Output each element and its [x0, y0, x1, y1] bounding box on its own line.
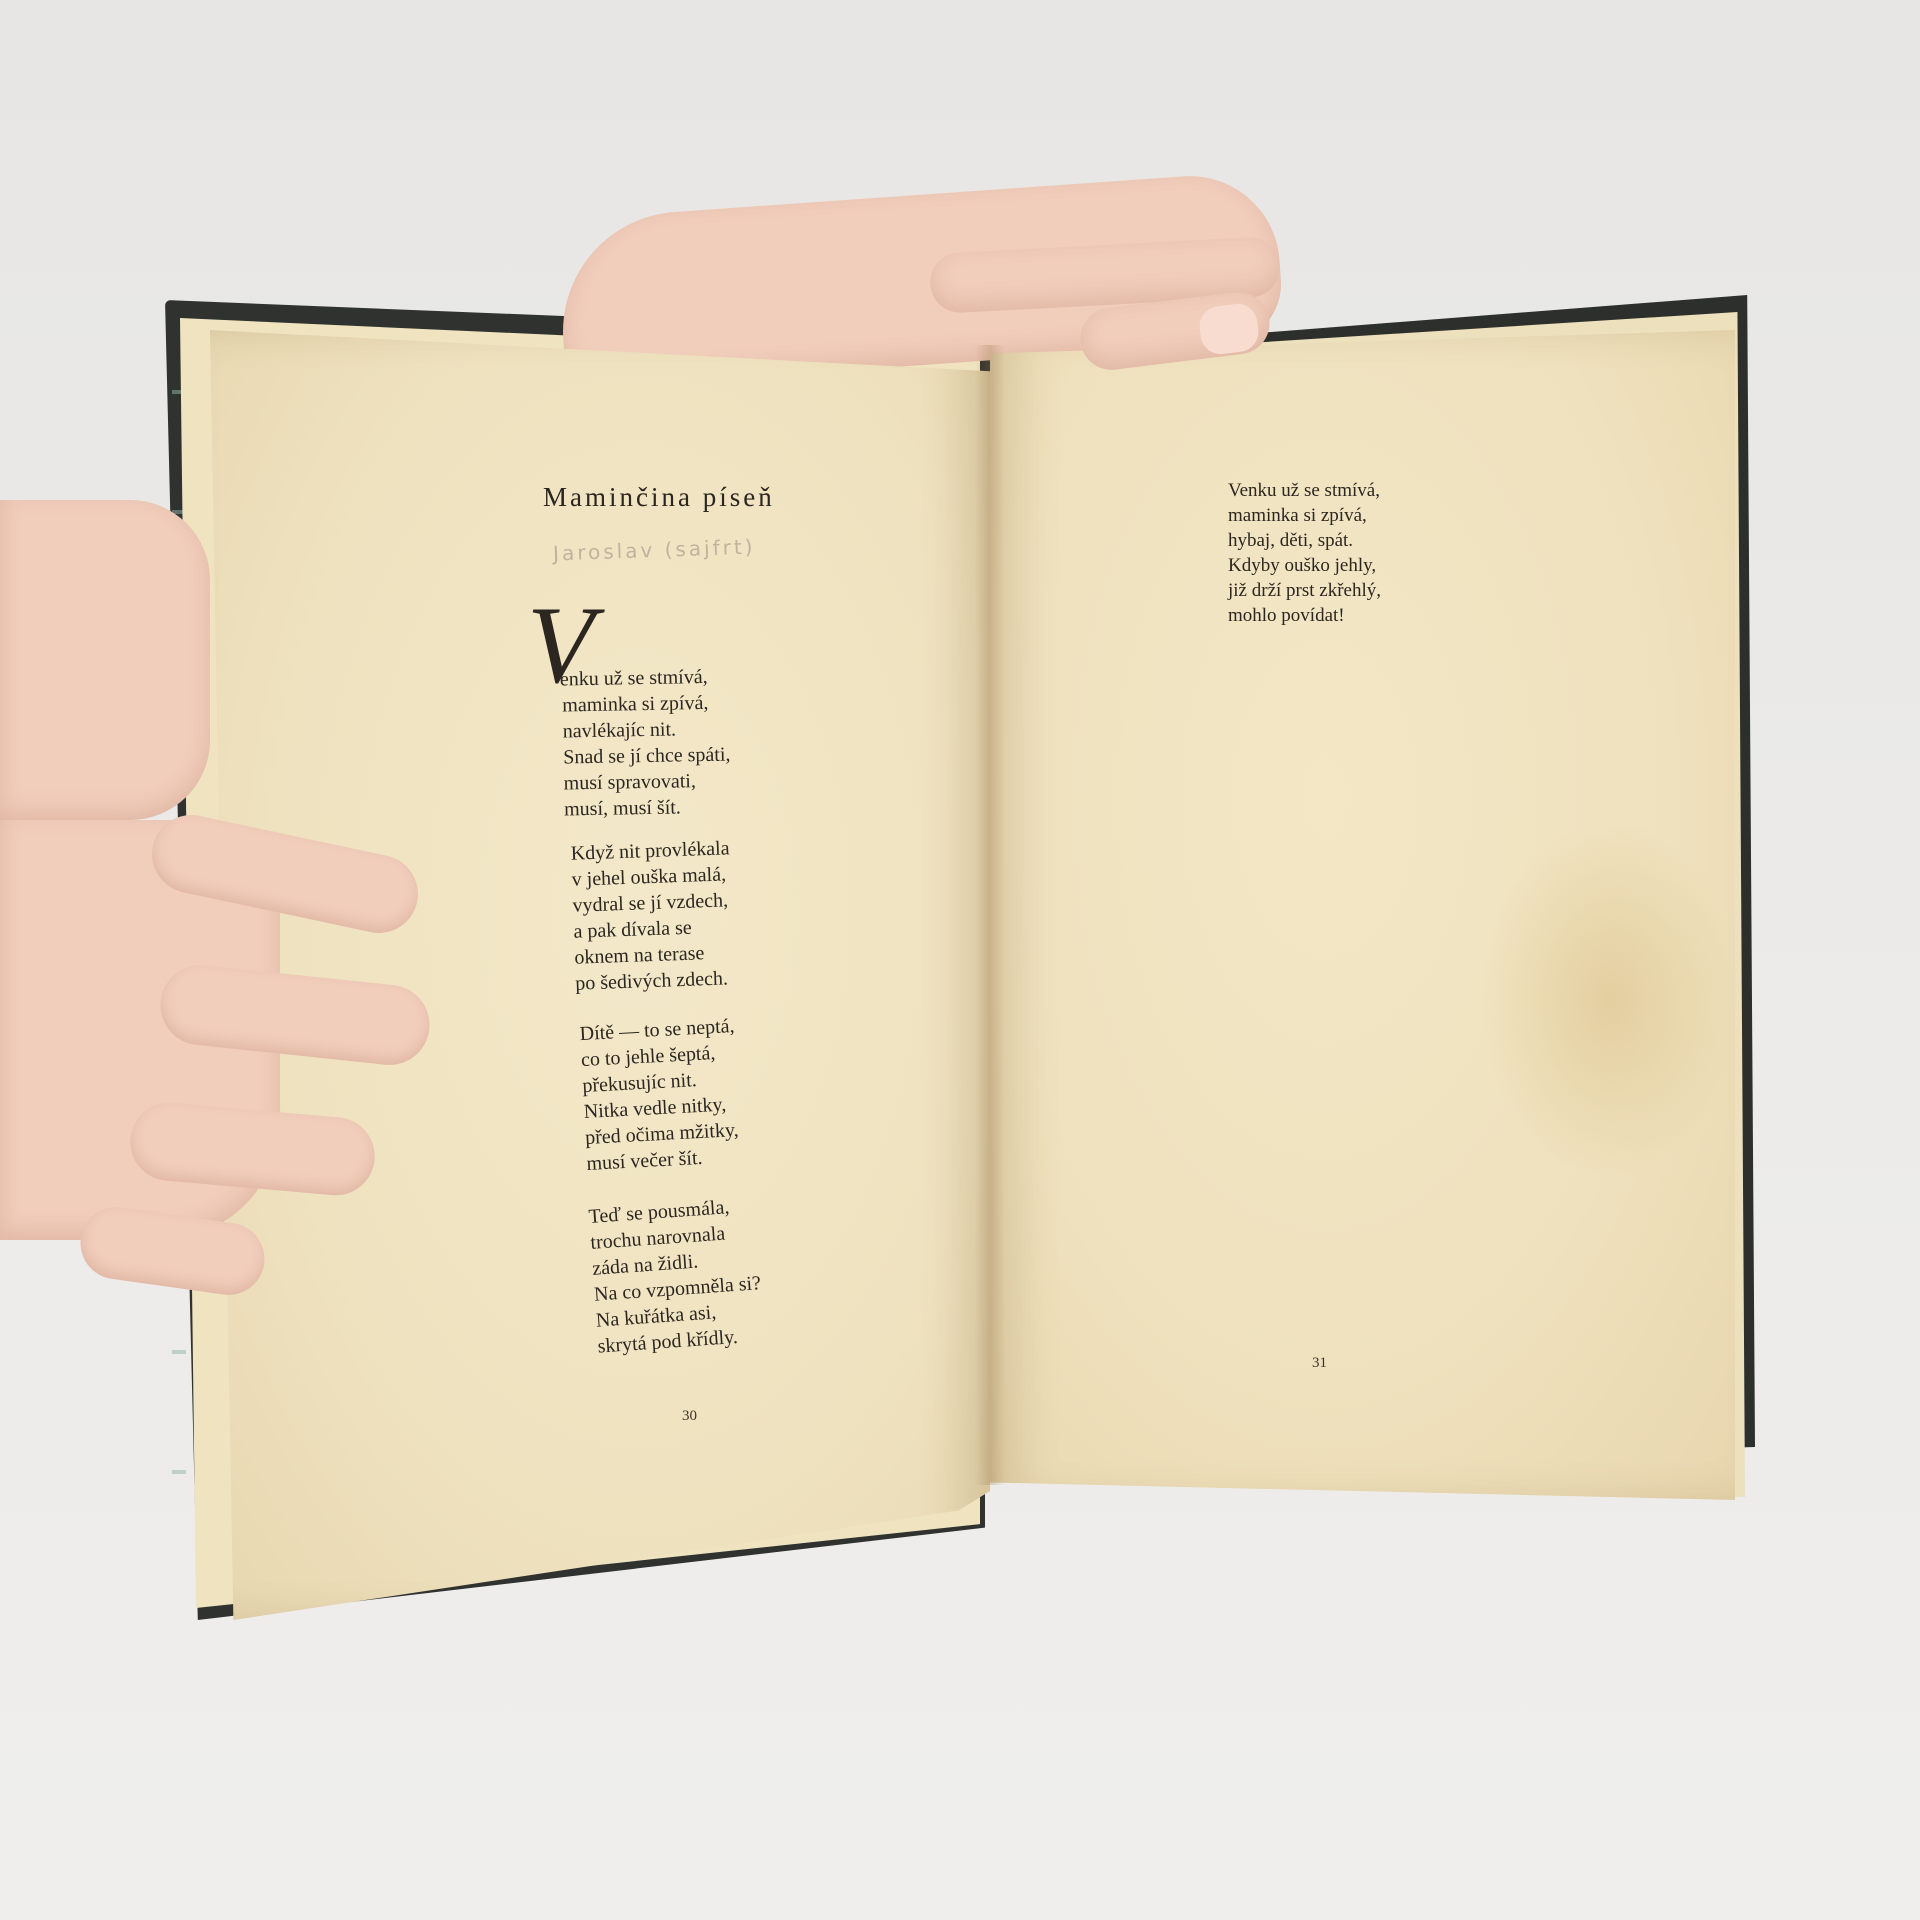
verse-line: vydral se jí vzdech,	[572, 887, 732, 919]
page-number-left: 30	[682, 1408, 697, 1425]
stanza-3: Dítě — to se neptá, co to jehle šeptá, p…	[579, 1013, 742, 1177]
verse-line: po šedivých zdech.	[575, 965, 735, 997]
left-hand-wrist	[0, 500, 210, 820]
stanza-2: Když nit provlékala v jehel ouška malá, …	[570, 835, 734, 996]
verse-line: musí spravovati,	[563, 768, 731, 797]
page-number-right: 31	[1312, 1355, 1327, 1372]
verse-line: enku už se stmívá,	[560, 664, 730, 693]
verse-line: Snad se jí chce spáti,	[563, 742, 731, 771]
verse-line: mohlo povídat!	[1228, 603, 1381, 628]
verse-line: již drží prst zkřehlý,	[1228, 578, 1381, 603]
stanza-right: Venku už se stmívá, maminka si zpívá, hy…	[1228, 478, 1381, 628]
verse-line: Venku už se stmívá,	[1228, 478, 1381, 503]
verse-line: maminka si zpívá,	[562, 690, 730, 719]
verse-line: navlékajíc nit.	[563, 716, 731, 745]
page-stain	[1480, 820, 1740, 1180]
verse-line: musí, musí šít.	[564, 794, 732, 823]
verse-line: maminka si zpívá,	[1228, 503, 1381, 528]
verse-line: Kdyby ouško jehly,	[1228, 553, 1381, 578]
stanza-1: enku už se stmívá, maminka si zpívá, nav…	[562, 664, 732, 823]
stanza-4: Teď se pousmála, trochu narovnala záda n…	[588, 1192, 766, 1359]
photo-scene: Maminčina píseň Jaroslav (sajfrt) V enku…	[0, 0, 1920, 1920]
book-gutter	[975, 345, 1005, 1485]
poem-title: Maminčina píseň	[543, 482, 775, 513]
verse-line: hybaj, děti, spát.	[1228, 528, 1381, 553]
